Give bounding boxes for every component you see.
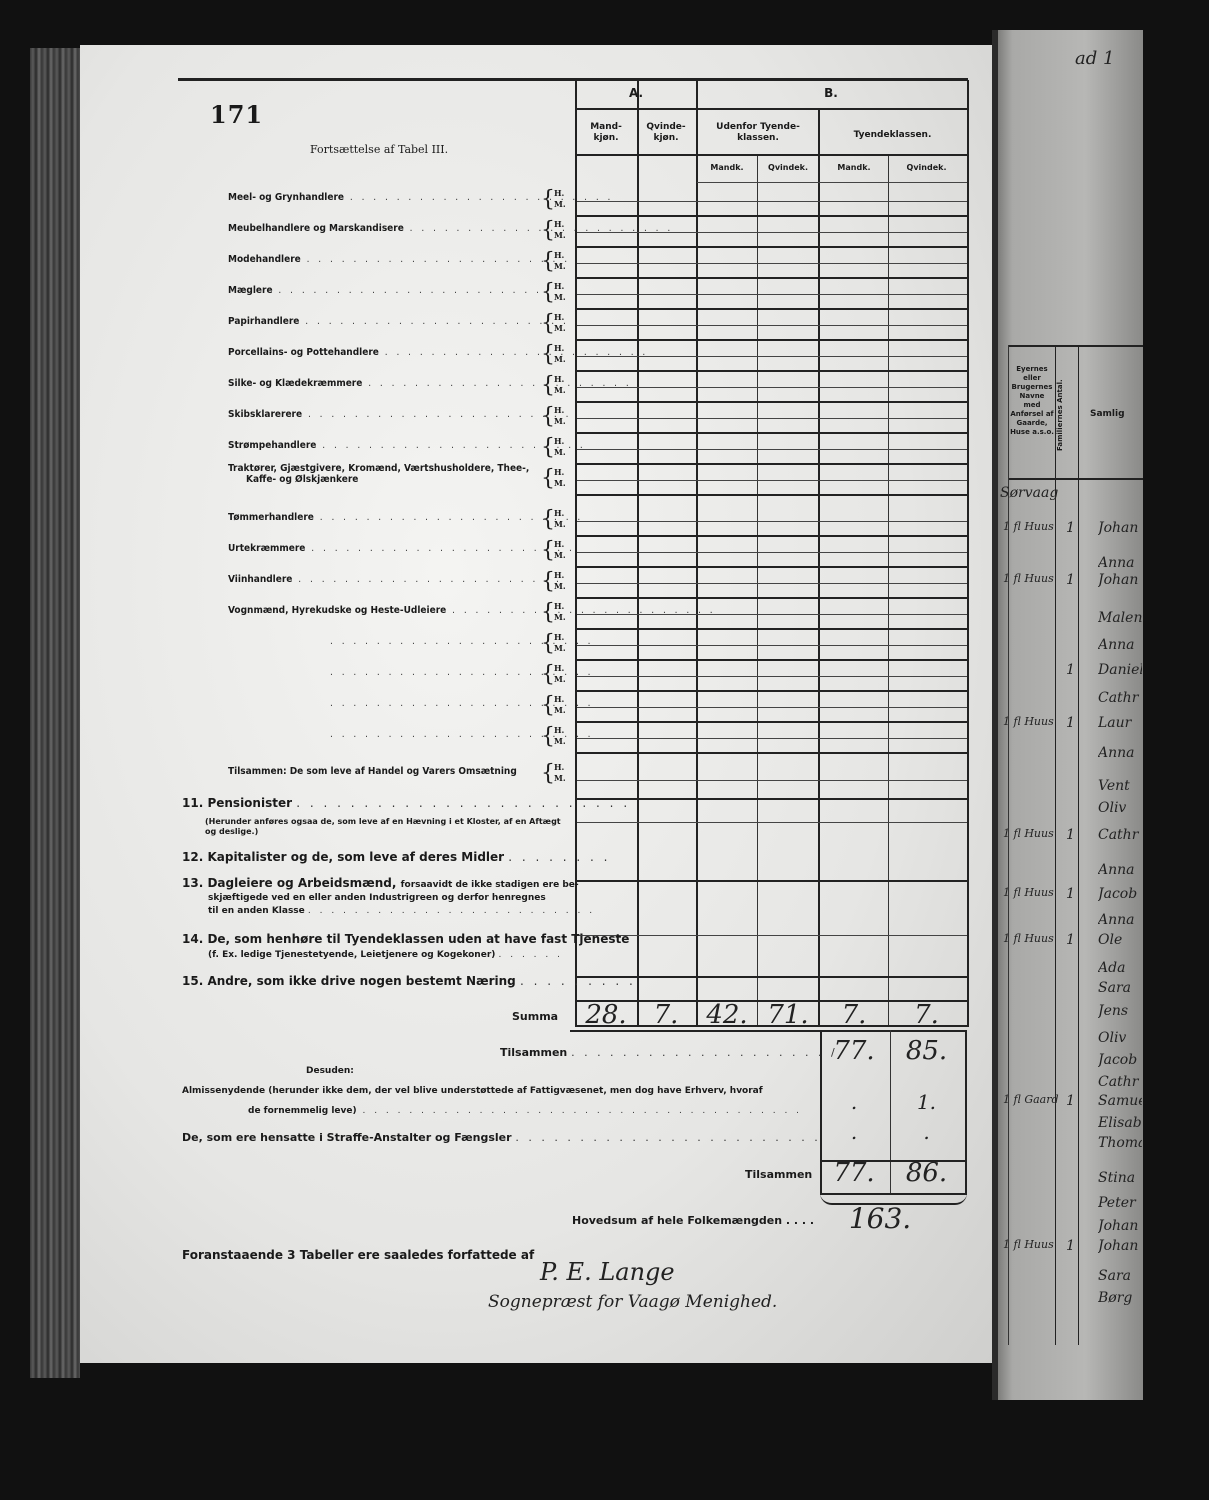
summa-b-servants-female: 7. xyxy=(888,1000,965,1030)
col-b-servants-header: Tyendeklassen. xyxy=(820,130,965,141)
right-name-cell: Samuel xyxy=(1098,1093,1142,1109)
occupation-label: Viinhandlere . . . . . . . . . . . . . .… xyxy=(228,574,562,585)
section-14-line2: (f. Ex. ledige Tjenestetyende, Leietjene… xyxy=(208,950,563,960)
section-13-line3: til en anden Klasse . . . . . . . . . . … xyxy=(208,906,595,916)
straffe-male: . xyxy=(820,1120,888,1144)
book-page-edges xyxy=(30,48,80,1378)
right-family-count-cell: 1 xyxy=(1066,520,1075,536)
occupation-label: Meubelhandlere og Marskandisere . . . . … xyxy=(228,223,673,234)
right-name-cell: Johan xyxy=(1098,1238,1142,1254)
hm-label: H.M. xyxy=(554,762,566,784)
occupation-label: Modehandlere . . . . . . . . . . . . . .… xyxy=(228,254,570,265)
occupation-label: Skibsklarerere . . . . . . . . . . . . .… xyxy=(228,409,572,420)
brace-icon: { xyxy=(541,189,555,211)
tilsammen1-label: Tilsammen . . . . . . . . . . . . . . . … xyxy=(500,1046,838,1059)
occupation-label: Vognmænd, Hyrekudske og Heste-Udleiere .… xyxy=(228,605,716,616)
right-name-cell: Anna xyxy=(1098,912,1142,928)
corner-note: ad 1 xyxy=(1075,48,1114,69)
right-name-cell: Oliv xyxy=(1098,1030,1142,1046)
sub-mandk-header: Mandk. xyxy=(820,162,888,173)
brace-icon: { xyxy=(541,509,555,531)
right-family-count-cell: 1 xyxy=(1066,827,1075,843)
brace-icon: { xyxy=(541,313,555,335)
right-name-cell: Anna xyxy=(1098,862,1142,878)
occupation-label: Papirhandlere . . . . . . . . . . . . . … xyxy=(228,316,569,327)
brace-icon: { xyxy=(541,468,555,490)
right-name-cell: Johan xyxy=(1098,520,1142,536)
right-name-cell: Sara xyxy=(1098,980,1142,996)
right-name-cell: Jens xyxy=(1098,1003,1142,1019)
almisse-line2: de fornemmelig leve) . . . . . . . . . .… xyxy=(248,1106,802,1116)
right-header-rule xyxy=(1008,345,1143,347)
hm-label: H.M. xyxy=(554,405,566,427)
right-dwelling-cell: 1 fl Gaard xyxy=(1003,1093,1059,1106)
hovedsum-value: 163. xyxy=(840,1202,920,1235)
section-11: 11. Pensionister . . . . . . . . . . . .… xyxy=(182,796,630,810)
occupation-label: Porcellains- og Pottehandlere . . . . . … xyxy=(228,347,648,358)
right-family-count-cell: 1 xyxy=(1066,1238,1075,1254)
right-name-cell: Cathr xyxy=(1098,1074,1142,1090)
signature-prefix: Foranstaaende 3 Tabeller ere saaledes fo… xyxy=(182,1248,534,1262)
hm-label: H.M. xyxy=(554,281,566,303)
straffe-label: De, som ere hensatte i Straffe-Anstalter… xyxy=(182,1131,821,1144)
summa-a-male: 28. xyxy=(577,1000,635,1030)
section-11-note: (Herunder anføres ogsaa de, som leve af … xyxy=(205,817,570,837)
occupation-label: Urtekræmmere . . . . . . . . . . . . . .… xyxy=(228,543,575,554)
summa-b-outside-male: 42. xyxy=(697,1000,757,1030)
right-name-cell: Ole xyxy=(1098,932,1142,948)
tilsammen-handel-label: Tilsammen: De som leve af Handel og Vare… xyxy=(228,766,517,777)
brace-icon: { xyxy=(541,406,555,428)
right-name-cell: Cathr xyxy=(1098,690,1142,706)
right-family-count-cell: 1 xyxy=(1066,715,1075,731)
right-name-cell: Børg xyxy=(1098,1290,1142,1306)
almisse-male: . xyxy=(820,1090,888,1114)
hm-label: H.M. xyxy=(554,436,566,458)
occupation-label: Mæglere . . . . . . . . . . . . . . . . … xyxy=(228,285,542,296)
right-name-cell: Sara xyxy=(1098,1268,1142,1284)
almisse-female: 1. xyxy=(888,1090,965,1114)
table-subtitle: Fortsættelse af Tabel III. xyxy=(310,143,448,156)
right-header-col1: Eyernes eller Brugernes Navne med Anførs… xyxy=(1010,365,1054,437)
right-name-cell: Anna xyxy=(1098,555,1142,571)
right-name-cell: Malene xyxy=(1098,610,1142,626)
signature-name: P. E. Lange xyxy=(540,1258,675,1286)
hm-label: H.M. xyxy=(554,570,566,592)
col-a-male-header: Mand- kjøn. xyxy=(577,122,635,144)
right-name-cell: Anna xyxy=(1098,637,1142,653)
right-name-cell: Peter xyxy=(1098,1195,1142,1211)
occupation-label: Traktører, Gjæstgivere, Kromænd, Værtshu… xyxy=(228,463,529,485)
brace-icon: { xyxy=(541,220,555,242)
col-divider xyxy=(888,155,889,1025)
right-family-count-cell: 1 xyxy=(1066,886,1075,902)
occupation-label: Silke- og Klædekræmmere . . . . . . . . … xyxy=(228,378,632,389)
brace-icon: { xyxy=(541,437,555,459)
right-family-count-cell: 1 xyxy=(1066,662,1075,678)
col-divider xyxy=(757,155,758,1025)
right-name-cell: Cathr xyxy=(1098,827,1142,843)
brace-icon: { xyxy=(541,664,555,686)
right-name-cell: Vent xyxy=(1098,778,1142,794)
brace-icon: { xyxy=(541,602,555,624)
right-dwelling-cell: 1 fl Huus xyxy=(1003,715,1054,728)
brace-icon: { xyxy=(541,763,555,785)
header-rule xyxy=(577,108,967,110)
tilsammen2-label: Tilsammen xyxy=(745,1168,812,1181)
brace-icon: { xyxy=(541,282,555,304)
page-number: 171 xyxy=(210,100,263,129)
right-family-count-cell: 1 xyxy=(1066,1093,1075,1109)
right-name-cell: Anna xyxy=(1098,745,1142,761)
right-name-cell: Jacob xyxy=(1098,1052,1142,1068)
right-name-cell: Ada xyxy=(1098,960,1142,976)
header-rule xyxy=(697,182,967,183)
sub-mandk-header: Mandk. xyxy=(697,162,757,173)
hm-label: H.M. xyxy=(554,601,566,623)
section-12: 12. Kapitalister og de, som leve af dere… xyxy=(182,850,610,864)
right-name-cell: Johan xyxy=(1098,1218,1142,1234)
hm-label: H.M. xyxy=(554,508,566,530)
right-name-cell: Daniel xyxy=(1098,662,1142,678)
brace-icon: { xyxy=(541,375,555,397)
right-dwelling-cell: 1 fl Huus xyxy=(1003,827,1054,840)
hm-label: H.M. xyxy=(554,725,566,747)
right-place-name: Sørvaag xyxy=(1000,485,1058,501)
brace-icon: { xyxy=(541,695,555,717)
right-col-divider xyxy=(1078,345,1079,1345)
right-name-cell: Laur xyxy=(1098,715,1142,731)
occupation-label: Tømmerhandlere . . . . . . . . . . . . .… xyxy=(228,512,583,523)
summa-label: Summa xyxy=(512,1010,558,1023)
right-name-cell: Jacob xyxy=(1098,886,1142,902)
header-rule xyxy=(577,154,967,156)
occupation-label: Strømpehandlere . . . . . . . . . . . . … xyxy=(228,440,586,451)
straffe-female: . xyxy=(888,1120,965,1144)
hm-label: H.M. xyxy=(554,343,566,365)
hm-label: H.M. xyxy=(554,694,566,716)
right-dwelling-cell: 1 fl Huus xyxy=(1003,520,1054,533)
summa-b-outside-female: 71. xyxy=(757,1000,819,1030)
right-name-cell: Elisab xyxy=(1098,1115,1142,1131)
brace-icon: { xyxy=(541,344,555,366)
section-15: 15. Andre, som ikke drive nogen bestemt … xyxy=(182,974,636,988)
right-header-rule xyxy=(1008,478,1143,480)
right-header-col3: Samlig xyxy=(1090,410,1125,419)
col-b-outside-header: Udenfor Tyende- klassen. xyxy=(697,122,819,144)
hm-label: H.M. xyxy=(554,663,566,685)
right-dwelling-cell: 1 fl Huus xyxy=(1003,1238,1054,1251)
brace-icon: { xyxy=(541,633,555,655)
summa-b-servants-male: 7. xyxy=(820,1000,888,1030)
hm-label: H.M. xyxy=(554,374,566,396)
tilsammen1-female: 85. xyxy=(888,1036,965,1066)
right-header-col2: Familiernes Antal. xyxy=(1056,360,1078,470)
group-a-header: A. xyxy=(577,88,695,99)
section-14: 14. De, som henhøre til Tyendeklassen ud… xyxy=(182,932,629,946)
brace-icon: { xyxy=(541,540,555,562)
hovedsum-label: Hovedsum af hele Folkemængden . . . . xyxy=(572,1214,814,1227)
group-b-header: B. xyxy=(697,88,965,99)
right-family-count-cell: 1 xyxy=(1066,932,1075,948)
section-13: 13. Dagleiere og Arbeidsmænd, forsaavidt… xyxy=(182,876,579,890)
col-a-female-header: Qvinde- kjøn. xyxy=(637,122,695,144)
right-name-cell: Oliv xyxy=(1098,800,1142,816)
sub-qvindek-header: Qvindek. xyxy=(888,162,965,173)
hm-label: H.M. xyxy=(554,219,566,241)
tilsammen1-male: 77. xyxy=(820,1036,888,1066)
tilsammen2-male: 77. xyxy=(820,1158,888,1188)
hm-label: H.M. xyxy=(554,250,566,272)
hm-label: H.M. xyxy=(554,632,566,654)
summa-a-female: 7. xyxy=(637,1000,695,1030)
brace-icon: { xyxy=(541,571,555,593)
hm-label: H.M. xyxy=(554,539,566,561)
brace-icon: { xyxy=(541,251,555,273)
right-name-cell: Stina xyxy=(1098,1170,1142,1186)
desuden-heading: Desuden: xyxy=(306,1066,354,1076)
brace-icon: { xyxy=(541,726,555,748)
right-name-cell: Johan xyxy=(1098,572,1142,588)
right-dwelling-cell: 1 fl Huus xyxy=(1003,886,1054,899)
section-13-line2: skjæftigede ved en eller anden Industrig… xyxy=(208,893,546,903)
sub-qvindek-header: Qvindek. xyxy=(757,162,819,173)
hm-label: H.M. xyxy=(554,188,566,210)
hm-label: H.M. xyxy=(554,312,566,334)
hm-label: H.M. xyxy=(554,467,566,489)
right-name-cell: Thoma xyxy=(1098,1135,1142,1151)
tilsammen2-female: 86. xyxy=(888,1158,965,1188)
right-family-count-cell: 1 xyxy=(1066,572,1075,588)
almisse-line1: Almissenydende (herunder ikke dem, der v… xyxy=(182,1086,763,1096)
right-dwelling-cell: 1 fl Huus xyxy=(1003,932,1054,945)
right-dwelling-cell: 1 fl Huus xyxy=(1003,572,1054,585)
signature-title: Sognepræst for Vaagø Menighed. xyxy=(488,1292,777,1312)
